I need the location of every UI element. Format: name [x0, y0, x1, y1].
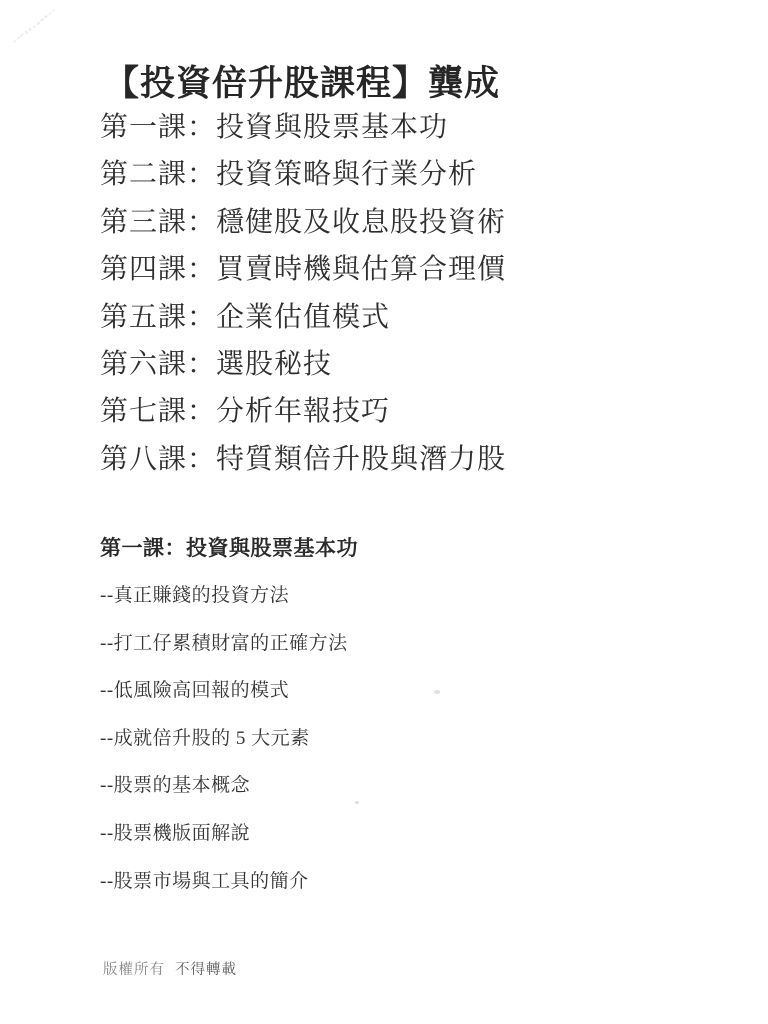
pencil-smudge-mark	[8, 2, 68, 50]
lesson-item-8: 第八課：特質類倍升股與潛力股	[100, 436, 506, 483]
lesson-item-4: 第四課：買賣時機與估算合理價	[100, 246, 506, 293]
document-title: 【投資倍升股課程】龔成	[104, 56, 500, 106]
lesson-item-1: 第一課：投資與股票基本功	[100, 104, 506, 151]
lesson-item-6: 第六課：選股秘技	[100, 341, 506, 388]
lesson-item-7: 第七課：分析年報技巧	[100, 388, 506, 435]
topic-item-1: --真正賺錢的投資方法	[100, 572, 348, 620]
topic-item-2: --打工仔累積財富的正確方法	[100, 620, 348, 668]
topic-item-4: --成就倍升股的 5 大元素	[100, 715, 348, 763]
topic-item-5: --股票的基本概念	[100, 762, 348, 810]
lesson-1-topic-list: --真正賺錢的投資方法 --打工仔累積財富的正確方法 --低風險高回報的模式 -…	[100, 572, 348, 905]
topic-item-3: --低風險高回報的模式	[100, 667, 348, 715]
no-reprint-text: 不得轉載	[175, 962, 237, 978]
copyright-text: 版權所有	[103, 962, 165, 978]
lesson-item-2: 第二課：投資策略與行業分析	[100, 151, 506, 198]
scan-speck	[434, 690, 440, 694]
copyright-notice: 版權所有不得轉載	[103, 958, 237, 979]
section-heading-lesson-1: 第一課：投資與股票基本功	[100, 532, 358, 562]
topic-item-6: --股票機版面解說	[100, 810, 348, 858]
topic-item-7: --股票市場與工具的簡介	[100, 858, 348, 906]
scan-speck	[355, 801, 359, 804]
scanned-document-page: 【投資倍升股課程】龔成 第一課：投資與股票基本功 第二課：投資策略與行業分析 第…	[0, 0, 768, 1024]
lesson-item-5: 第五課：企業估值模式	[100, 294, 506, 341]
lesson-outline-list: 第一課：投資與股票基本功 第二課：投資策略與行業分析 第三課：穩健股及收息股投資…	[100, 104, 506, 483]
lesson-item-3: 第三課：穩健股及收息股投資術	[100, 199, 506, 246]
